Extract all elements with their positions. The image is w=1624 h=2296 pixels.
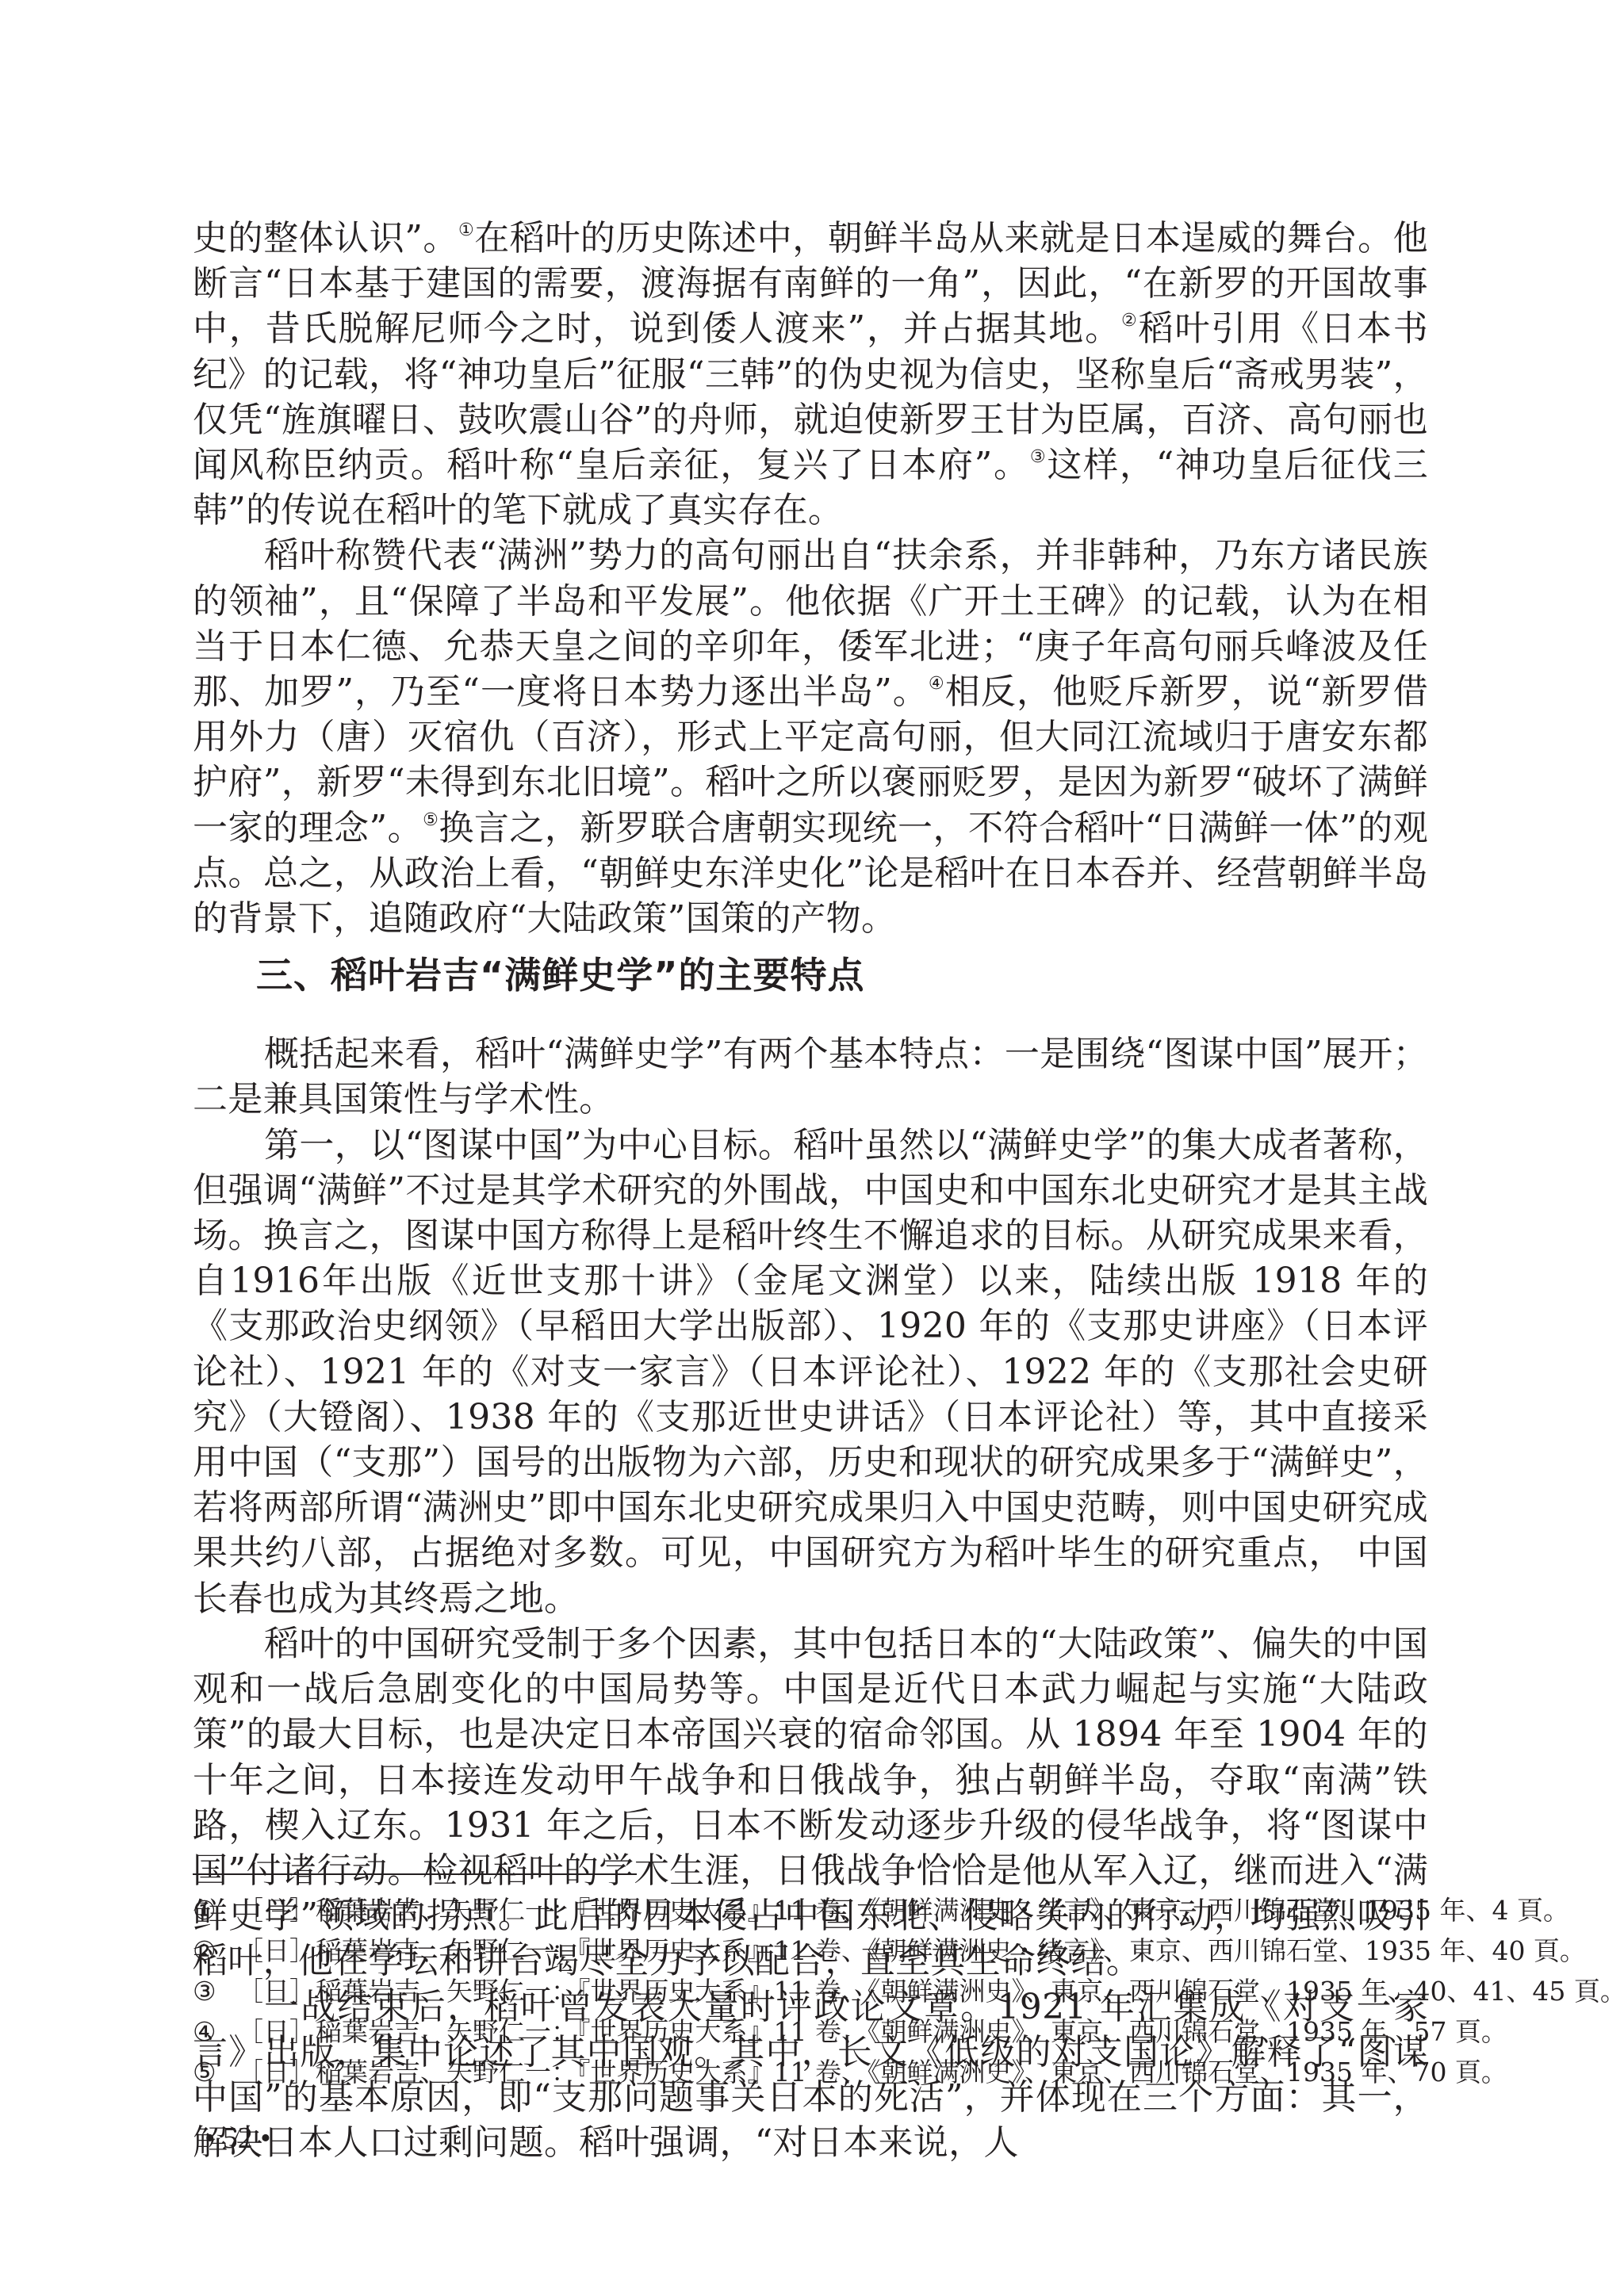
footnote-ref-5[interactable]: ⑤: [423, 810, 439, 830]
footnote-text: ［日］稲葉岩吉、矢野仁一：『世界历史大系』11 卷、《朝鲜满洲史》、東京、西川锦…: [237, 2052, 1507, 2092]
footnote-number: ⑤: [193, 2052, 237, 2092]
footnote-number: ①: [193, 1890, 237, 1931]
page-number: • 52 •: [205, 2118, 271, 2158]
footnote-number: ③: [193, 1971, 237, 2011]
footnote-ref-1[interactable]: ①: [458, 220, 474, 240]
footnote-ref-3[interactable]: ③: [1030, 447, 1048, 467]
footnote-text: ［日］稲葉岩吉、矢野仁一：『世界历史大系』11 卷、《朝鲜满洲史》、東京、西川锦…: [237, 2011, 1507, 2052]
footnote-number: ②: [193, 1931, 237, 1971]
footnote-ref-4[interactable]: ④: [929, 674, 945, 694]
paragraph-summary: 概括起来看，稻叶“满鲜史学”有两个基本特点：一是围绕“图谋中国”展开；二是兼具国…: [193, 1031, 1428, 1122]
footnote-item: ① ［日］稲葉岩吉、矢野仁一：『世界历史大系』11 卷、《朝鲜满洲史・绪言》、東…: [193, 1890, 1430, 1931]
footnote-text: ［日］稲葉岩吉、矢野仁一：『世界历史大系』11 卷、《朝鲜满洲史》、東京、西川锦…: [237, 1971, 1624, 2011]
footnote-number: ④: [193, 2011, 237, 2052]
footnote-item: ③ ［日］稲葉岩吉、矢野仁一：『世界历史大系』11 卷、《朝鲜满洲史》、東京、西…: [193, 1971, 1430, 2011]
footnote-item: ② ［日］稲葉岩吉、矢野仁一：『世界历史大系』11 卷、《朝鲜满洲史・绪言》、東…: [193, 1931, 1430, 1971]
footnote-divider: [193, 1873, 637, 1875]
footnote-item: ④ ［日］稲葉岩吉、矢野仁一：『世界历史大系』11 卷、《朝鲜满洲史》、東京、西…: [193, 2011, 1430, 2052]
paragraph-first-feature: 第一，以“图谋中国”为中心目标。稻叶虽然以“满鲜史学”的集大成者著称，但强调“满…: [193, 1123, 1428, 1621]
footnote-ref-2[interactable]: ②: [1121, 311, 1139, 331]
text-segment: 史的整体认识”。: [193, 218, 458, 258]
paragraph-goguryeo-silla: 稻叶称赞代表“满洲”势力的高句丽出自“扶余系，并非韩种，乃东方诸民族的领袖”，且…: [193, 533, 1428, 941]
paragraph-continuation: 史的整体认识”。①在稻叶的历史陈述中，朝鲜半岛从来就是日本逞威的舞台。他断言“日…: [193, 216, 1428, 533]
section-heading: 三、稻叶岩吉“满鲜史学”的主要特点: [193, 947, 1428, 1003]
footnote-item: ⑤ ［日］稲葉岩吉、矢野仁一：『世界历史大系』11 卷、《朝鲜满洲史》、東京、西…: [193, 2052, 1430, 2092]
footnotes: ① ［日］稲葉岩吉、矢野仁一：『世界历史大系』11 卷、《朝鲜满洲史・绪言》、東…: [193, 1890, 1430, 2092]
footnote-text: ［日］稲葉岩吉、矢野仁一：『世界历史大系』11 卷、《朝鲜满洲史・绪言》、東京、…: [237, 1931, 1586, 1971]
footnote-text: ［日］稲葉岩吉、矢野仁一：『世界历史大系』11 卷、《朝鲜满洲史・绪言》、東京、…: [237, 1890, 1569, 1931]
